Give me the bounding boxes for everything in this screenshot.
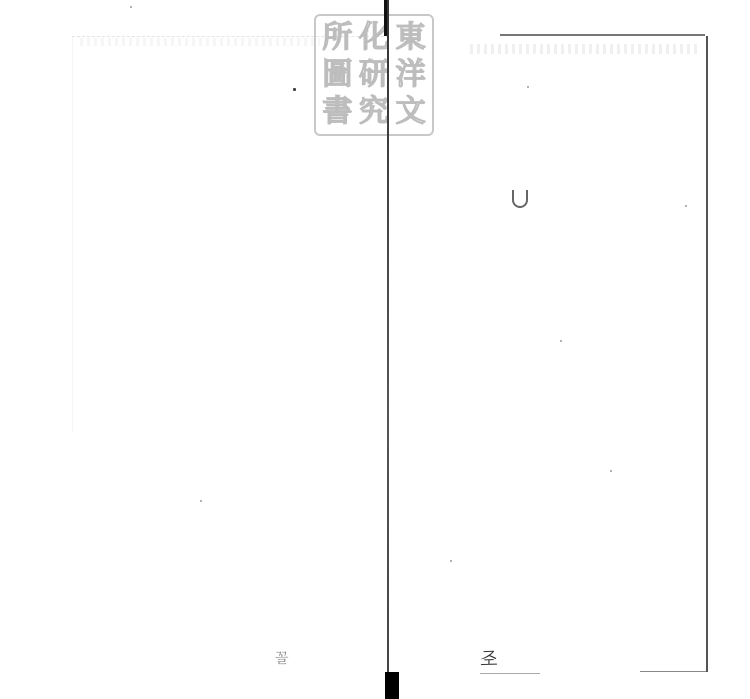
ink-speck (527, 86, 529, 88)
ink-speck (130, 6, 132, 8)
right-page-frame-side (706, 36, 708, 672)
ink-mark (512, 190, 528, 208)
seal-character: 所 (322, 20, 352, 56)
ink-speck (450, 560, 452, 562)
ink-speck (685, 205, 687, 207)
bottom-rule (480, 673, 540, 674)
seal-character: 圖 (322, 57, 352, 93)
bottom-right-mark: 𢀖 (480, 648, 498, 669)
faint-bleedthrough-right (470, 44, 700, 54)
seal-column-2: 化研究 (359, 20, 389, 130)
seal-character: 東 (396, 20, 426, 56)
seal-character: 洋 (396, 57, 426, 93)
seal-column-1: 東洋文 (396, 20, 426, 130)
seal-character: 文 (396, 94, 426, 130)
binding-marker (385, 672, 399, 699)
right-page-frame-bottom (640, 671, 706, 672)
seal-column-3: 所圖書 (322, 20, 352, 130)
seal-character: 究 (359, 94, 389, 130)
library-seal-stamp: 東洋文 化研究 所圖書 (314, 14, 434, 136)
ink-speck (200, 500, 202, 502)
ink-speck (560, 340, 562, 342)
seal-character: 書 (322, 94, 352, 130)
seal-character: 研 (359, 57, 389, 93)
ink-speck (610, 470, 612, 472)
book-gutter-line (387, 0, 389, 682)
book-spread: 東洋文 化研究 所圖書 꼴 𢀖 (0, 0, 750, 699)
ink-speck (293, 88, 296, 91)
bottom-left-mark: 꼴 (275, 648, 289, 668)
right-page-frame-top (500, 34, 705, 36)
